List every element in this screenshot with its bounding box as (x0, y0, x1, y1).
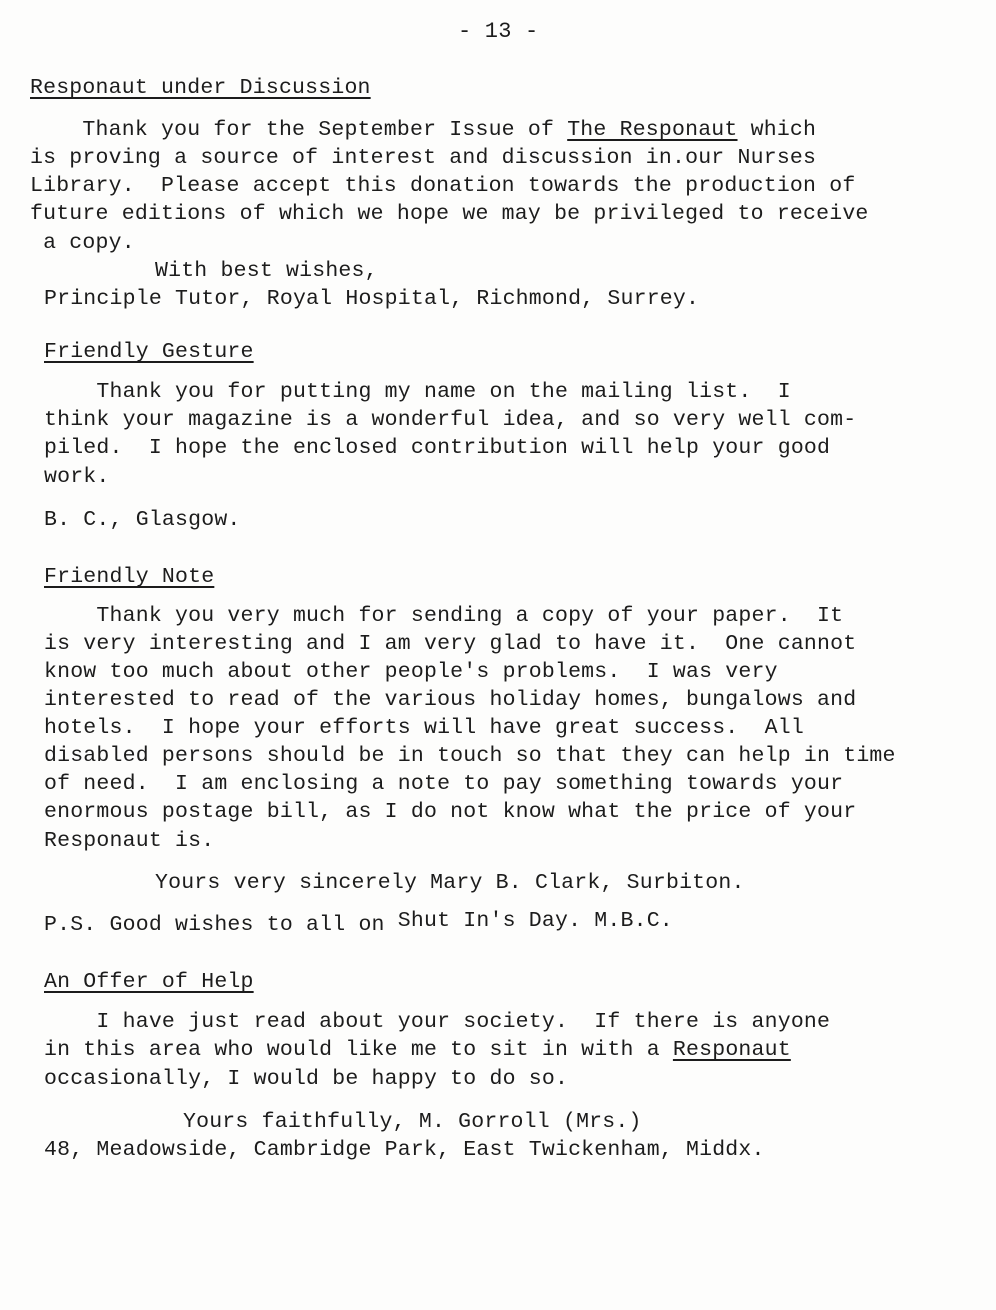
closing-line: With best wishes, (155, 257, 378, 285)
publication-title: Responaut (673, 1038, 791, 1062)
body-line: enormous postage bill, as I do not know … (44, 798, 856, 826)
closing-line: Yours faithfully, M. Gorroll (Mrs.) (183, 1108, 642, 1136)
body-line: is very interesting and I am very glad t… (44, 630, 856, 658)
text-fragment: which (738, 118, 817, 142)
body-line: work. (44, 463, 110, 491)
postscript-line: P.S. Good wishes to all on Shut In's Day… (44, 911, 673, 939)
document-page: - 13 - Responaut under Discussion Thank … (0, 0, 996, 1310)
signature-line: 48, Meadowside, Cambridge Park, East Twi… (44, 1136, 765, 1164)
section-heading-an-offer-of-help: An Offer of Help (44, 968, 254, 996)
body-line: of need. I am enclosing a note to pay so… (44, 770, 843, 798)
body-line: interested to read of the various holida… (44, 686, 856, 714)
text-fragment: P.S. Good wishes to all on (44, 913, 398, 937)
body-line: a copy. (30, 229, 135, 257)
body-line: in this area who would like me to sit in… (44, 1036, 791, 1064)
body-line: hotels. I hope your efforts will have gr… (44, 714, 804, 742)
page-number: - 13 - (458, 18, 538, 46)
closing-line: Yours very sincerely Mary B. Clark, Surb… (155, 869, 745, 897)
text-fragment: Shut In's Day. M.B.C. (398, 909, 673, 933)
body-line: think your magazine is a wonderful idea,… (44, 406, 856, 434)
signature-line: B. C., Glasgow. (44, 506, 241, 534)
body-line: piled. I hope the enclosed contribution … (44, 434, 830, 462)
text-fragment: in this area who would like me to sit in… (44, 1038, 673, 1062)
body-line: Responaut is. (44, 827, 214, 855)
body-line: I have just read about your society. If … (44, 1008, 830, 1036)
body-line: Thank you for putting my name on the mai… (44, 378, 791, 406)
body-line: future editions of which we hope we may … (30, 200, 869, 228)
body-line: is proving a source of interest and disc… (30, 144, 816, 172)
body-line: Library. Please accept this donation tow… (30, 172, 855, 200)
body-line: Thank you very much for sending a copy o… (44, 602, 843, 630)
body-line: disabled persons should be in touch so t… (44, 742, 896, 770)
publication-title: The Responaut (567, 118, 737, 142)
text-fragment: Thank you for the September Issue of (30, 118, 567, 142)
signature-line: Principle Tutor, Royal Hospital, Richmon… (44, 285, 699, 313)
body-line: occasionally, I would be happy to do so. (44, 1065, 568, 1093)
body-line: Thank you for the September Issue of The… (30, 116, 816, 144)
section-heading-friendly-note: Friendly Note (44, 563, 214, 591)
section-heading-friendly-gesture: Friendly Gesture (44, 338, 254, 366)
section-heading-responaut-under-discussion: Responaut under Discussion (30, 74, 371, 102)
body-line: know too much about other people's probl… (44, 658, 778, 686)
